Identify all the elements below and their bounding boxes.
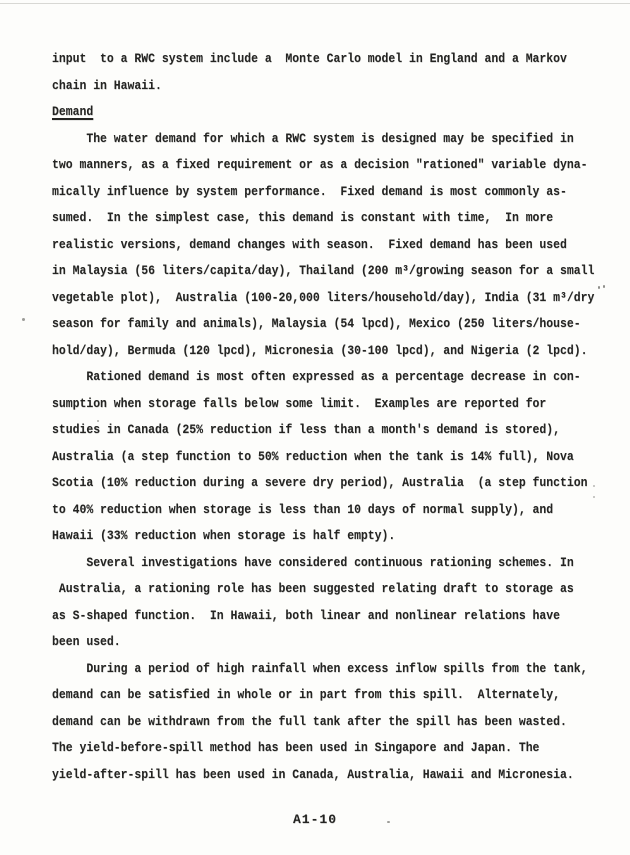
text-line: mically influence by system performance.…	[52, 179, 594, 206]
scan-speck	[22, 318, 25, 321]
text-line: studies in Canada (25% reduction if less…	[52, 417, 594, 444]
text-line: vegetable plot), Australia (100-20,000 l…	[52, 285, 594, 312]
text-line: Several investigations have considered c…	[52, 550, 594, 577]
text-line: been used.	[52, 629, 594, 656]
scan-speck	[593, 485, 595, 487]
text-line: Scotia (10% reduction during a severe dr…	[52, 470, 594, 497]
text-line: to 40% reduction when storage is less th…	[52, 497, 594, 524]
footer-page-number: A1-10	[0, 807, 630, 834]
text-line: hold/day), Bermuda (120 lpcd), Micronesi…	[52, 338, 594, 365]
text-line: Hawaii (33% reduction when storage is ha…	[52, 523, 594, 550]
text-line: The yield-before-spill method has been u…	[52, 735, 594, 762]
text-line: as S-shaped function. In Hawaii, both li…	[52, 603, 594, 630]
scan-speck	[387, 821, 390, 823]
text-line: demand can be withdrawn from the full ta…	[52, 709, 594, 736]
section-heading-demand: Demand	[52, 99, 594, 126]
text-line: yield-after-spill has been used in Canad…	[52, 762, 594, 789]
text-line: realistic versions, demand changes with …	[52, 232, 594, 259]
text-line: demand can be satisfied in whole or in p…	[52, 682, 594, 709]
text-line: sumption when storage falls below some l…	[52, 391, 594, 418]
text-line: two manners, as a fixed requirement or a…	[52, 152, 594, 179]
scanned-document-page: input to a RWC system include a Monte Ca…	[0, 0, 630, 855]
text-line: During a period of high rainfall when ex…	[52, 656, 594, 683]
scan-speck	[598, 286, 600, 289]
text-line: in Malaysia (56 liters/capita/day), Thai…	[52, 258, 594, 285]
text-line: The water demand for which a RWC system …	[52, 126, 594, 153]
text-line: input to a RWC system include a Monte Ca…	[52, 46, 594, 73]
text-line: sumed. In the simplest case, this demand…	[52, 205, 594, 232]
text-line: chain in Hawaii.	[52, 73, 594, 100]
text-line: Australia, a rationing role has been sug…	[52, 576, 594, 603]
scan-speck	[97, 420, 99, 422]
scan-speck	[593, 496, 595, 498]
scan-speck	[603, 285, 605, 288]
text-line: season for family and animals), Malaysia…	[52, 311, 594, 338]
scan-artifact-line	[0, 3, 630, 4]
text-line: Australia (a step function to 50% reduct…	[52, 444, 594, 471]
page-text-block: input to a RWC system include a Monte Ca…	[52, 46, 594, 788]
text-line: Rationed demand is most often expressed …	[52, 364, 594, 391]
